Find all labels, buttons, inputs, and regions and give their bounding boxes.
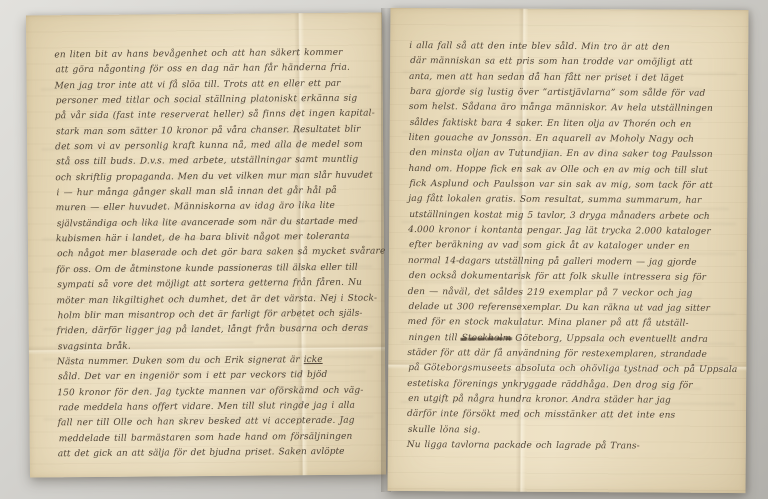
handwriting-text: stå oss till buds. D.v.s. med arbete, ut… [56, 155, 358, 168]
handwriting-text: estetiska förenings ynkryggade räddhåga.… [407, 379, 693, 391]
handwriting-line: Nu ligga tavlorna packade och lagrade på… [407, 438, 742, 455]
handwriting-text: jag fått lokalen gratis. Som resultat, s… [408, 194, 701, 206]
handwriting-text: en liten bit av hans bevågenhet och att … [54, 48, 342, 61]
handwriting-text: på vår sida (fast inte reserverat heller… [55, 109, 375, 122]
handwriting-text: anta, men att han sedan då han fått ner … [409, 72, 684, 84]
handwriting-line: den också dokumentarisk för att folk sku… [409, 269, 743, 286]
handwriting-text: Göteborg, Uppsala och eventuellt andra [511, 333, 708, 344]
handwriting-text: och något mer blaserade och det gör bara… [57, 247, 385, 260]
handwriting-text: normal 14-dagars utställning på galleri … [408, 256, 697, 268]
handwriting-right: i alla fall så att den inte blev såld. M… [407, 39, 745, 455]
handwriting-line: som helst. Sådana äro många människor. A… [409, 100, 744, 117]
letter-sheet-left: en liten bit av hans bevågenhet och att … [26, 12, 386, 477]
handwriting-text: kubismen här i landet, de ha bara blivit… [56, 232, 350, 245]
handwriting-line: att det gick an att sälja för det bjudna… [58, 444, 380, 462]
handwriting-text: den — nåväl, det såldes 219 exemplar på … [408, 287, 693, 299]
handwriting-text: möter man likgiltighet och dumhet, det ä… [56, 293, 377, 306]
handwriting-text: friden, därför ligger jag på landet, lån… [57, 324, 369, 337]
handwriting-text: Nu ligga tavlorna packade och lagrade på… [407, 440, 640, 451]
letter-sheet-right: i alla fall så att den inte blev såld. M… [388, 8, 749, 493]
handwriting-text: och skriftlig propaganda. Men du vet vil… [55, 170, 372, 183]
handwriting-line: friden, därför ligger jag på landet, lån… [57, 322, 379, 340]
handwriting-text: fall ner till Olle och han skrev besked … [58, 416, 355, 429]
handwriting-text: utställningen kostat mig 5 tavlor, 3 dry… [409, 210, 710, 222]
handwriting-line: där människan sa ett pris som han trodde… [410, 54, 744, 71]
handwriting-text: Men jag tror inte att vi få slöa till. T… [55, 79, 341, 91]
handwriting-text: 4.000 kronor i kontanta pengar. Jag lät … [408, 225, 711, 237]
handwriting-text: såldes faktiskt bara 4 saker. En liten o… [410, 118, 692, 130]
handwriting-text: på Göteborgsmuseets absoluta och ohövlig… [408, 363, 737, 375]
handwriting-text: holm blir man misantrop och det är farli… [58, 308, 363, 321]
handwriting-text: den minsta oljan av Tutundjian. En av di… [410, 148, 713, 160]
handwriting-text: att göra någonting för oss en dag när ha… [55, 63, 350, 76]
handwriting-text: fick Asplund och Paulsson var sin sak av… [409, 179, 713, 191]
handwriting-text: självständiga och lika lite avancerade s… [57, 216, 358, 229]
handwriting-text: i alla fall så att den inte blev såld. M… [409, 41, 670, 53]
handwriting-strike-word: Stockholm [462, 333, 512, 343]
handwriting-text: det som vi av personlig kraft kunna nå, … [55, 140, 363, 153]
handwriting-text: rade meddela hans offert vidare. Men til… [58, 401, 355, 414]
handwriting-text: efter beräkning av vad som gick åt av ka… [409, 240, 690, 252]
handwriting-text: bara gjorde sig lustig över ”artistjävla… [410, 87, 706, 99]
handwriting-text: att det gick an att sälja för det bjudna… [58, 447, 345, 460]
handwriting-text: en utgift på några hundra kronor. Andra … [408, 394, 671, 406]
handwriting-text: stark man som sätter 10 kronor på våra c… [56, 124, 361, 137]
handwriting-text: för oss. Om de åtminstone kunde passione… [56, 262, 358, 275]
handwriting-line: den minsta oljan av Tutundjian. En av di… [410, 146, 744, 163]
handwriting-line: därför inte försökt med och misstänker a… [407, 407, 742, 424]
handwriting-line: efter beräkning av vad som gick åt av ka… [409, 238, 743, 255]
handwriting-underline-word: icke [304, 355, 323, 365]
handwriting-text: som helst. Sådana äro många människor. A… [409, 102, 713, 114]
handwriting-text: hand om. Hoppe fick en sak av Olle och e… [408, 164, 707, 176]
handwriting-text: ningen till [408, 333, 461, 343]
handwriting-text: med för en stock makulatur. Mina planer … [408, 317, 689, 329]
handwriting-text: den också dokumentarisk för att folk sku… [409, 271, 706, 283]
handwriting-text: Nästa nummer. Duken som du och Erik sign… [57, 355, 304, 367]
handwriting-line: på Göteborgsmuseets absoluta och ohövlig… [408, 361, 742, 378]
handwriting-text: där människan sa ett pris som han trodde… [410, 56, 693, 68]
handwriting-line: den — nåväl, det såldes 219 exemplar på … [408, 285, 743, 302]
handwriting-text: såld. Det var en ingeniör som i ett par … [58, 370, 327, 382]
photo-background: en liten bit av hans bevågenhet och att … [0, 0, 768, 499]
handwriting-line: med för en stock makulatur. Mina planer … [408, 315, 743, 332]
handwriting-text: i — hur många gånger skall man slå innan… [57, 186, 337, 198]
handwriting-text: därför inte försökt med och misstänker a… [407, 409, 675, 421]
handwriting-text: svagsinta bråk. [58, 341, 131, 352]
handwriting-text: muren — eller huvudet. Människorna av id… [56, 201, 335, 213]
handwriting-text: 150 kronor för den. Jag tyckte mannen va… [57, 385, 363, 398]
handwriting-text: personer med titlar och social ställning… [56, 94, 358, 107]
handwriting-text: skulle löna sig. [408, 425, 481, 435]
handwriting-text: delade ut 300 referensexemplar. Du kan r… [409, 302, 710, 314]
handwriting-left: en liten bit av hans bevågenhet och att … [54, 46, 380, 463]
handwriting-text: städer för att där få användning för res… [407, 348, 707, 360]
handwriting-text: sympati så vore det möjligt att sortera … [57, 278, 362, 291]
handwriting-text: meddelade till barmästaren som hade hand… [59, 431, 353, 444]
handwriting-line: jag fått lokalen gratis. Som resultat, s… [408, 192, 743, 209]
handwriting-text: liten gouache av Jonsson. En aquarell av… [409, 133, 694, 145]
